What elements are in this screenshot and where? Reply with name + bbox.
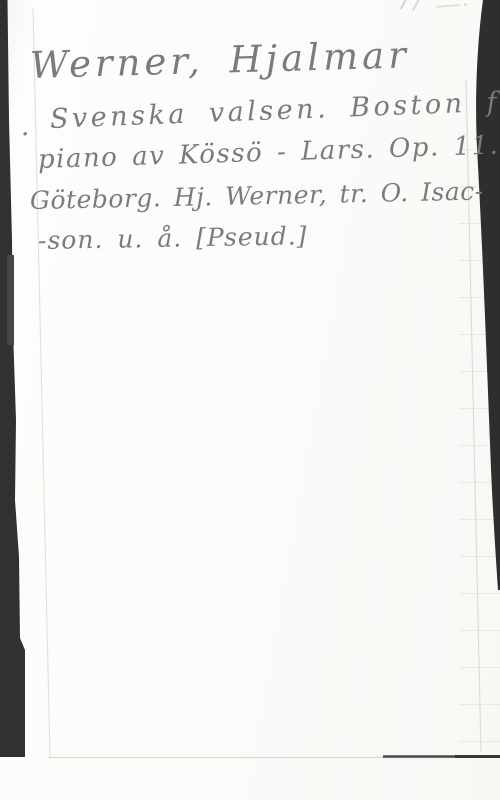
left-band-step xyxy=(7,255,14,345)
pencil-scribble-mark xyxy=(436,4,460,10)
left-crease-line xyxy=(33,8,50,757)
faint-ruled-lines xyxy=(459,113,500,747)
scanned-catalog-card: 77 Werner, Hjalmar . Svenska valsen. Bos… xyxy=(0,0,500,800)
card-text-line: piano av Kössö - Lars. Op. 11. xyxy=(38,131,500,175)
pencil-annotation: 77 xyxy=(396,0,423,16)
card-heading-author: Werner, Hjalmar xyxy=(29,33,410,87)
card-text-line: Göteborg. Hj. Werner, tr. O. Isac- xyxy=(30,177,484,215)
card-text-line: Svenska valsen. Boston för xyxy=(49,85,500,135)
pencil-dot-mark xyxy=(464,3,467,6)
card-text-line: -son. u. å. [Pseud.] xyxy=(38,221,308,255)
margin-dot: . xyxy=(21,112,29,142)
